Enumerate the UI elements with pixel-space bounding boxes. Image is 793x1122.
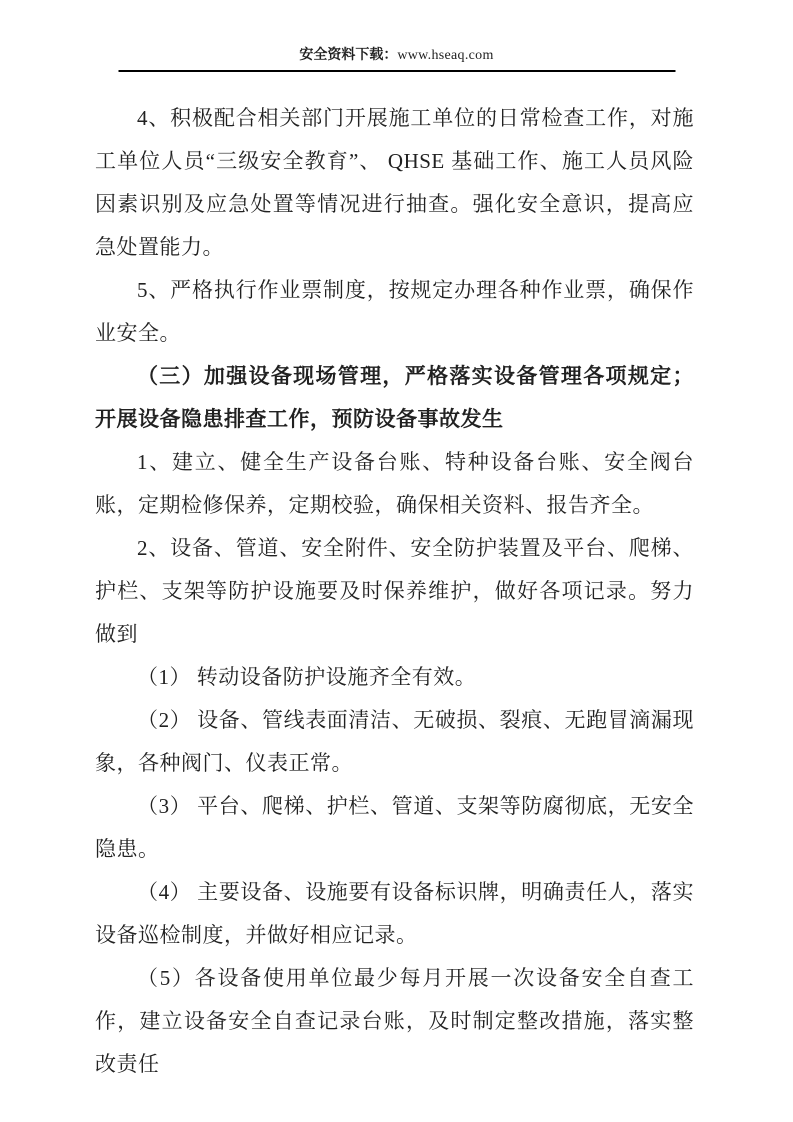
paragraph-sub-item-3: （3） 平台、爬梯、护栏、管道、支架等防腐彻底，无安全隐患。 xyxy=(95,785,694,871)
paragraph-sub-item-5: （5）各设备使用单位最少每月开展一次设备安全自查工作，建立设备安全自查记录台账，… xyxy=(95,957,694,1086)
paragraph-sub-item-1: （1） 转动设备防护设施齐全有效。 xyxy=(95,656,694,699)
paragraph-sub-item-2: （2） 设备、管线表面清洁、无破损、裂痕、无跑冒滴漏现象，各种阀门、仪表正常。 xyxy=(95,699,694,785)
paragraph-item-4: 4、积极配合相关部门开展施工单位的日常检查工作，对施工单位人员“三级安全教育”、… xyxy=(95,97,694,269)
paragraph-sub-item-4: （4） 主要设备、设施要有设备标识牌，明确责任人，落实设备巡检制度，并做好相应记… xyxy=(95,871,694,957)
document-page: 安全资料下载：www.hseaq.com 4、积极配合相关部门开展施工单位的日常… xyxy=(0,0,793,1122)
page-header: 安全资料下载：www.hseaq.com xyxy=(118,46,675,72)
paragraph-item-5: 5、严格执行作业票制度，按规定办理各种作业票，确保作业安全。 xyxy=(95,269,694,355)
paragraph-equip-item-2: 2、设备、管道、安全附件、安全防护装置及平台、爬梯、护栏、支架等防护设施要及时保… xyxy=(95,527,694,656)
document-body: 4、积极配合相关部门开展施工单位的日常检查工作，对施工单位人员“三级安全教育”、… xyxy=(95,97,694,1086)
header-site-label: 安全资料下载： xyxy=(299,48,397,63)
header-site-url: www.hseaq.com xyxy=(397,48,493,63)
paragraph-equip-item-1: 1、建立、健全生产设备台账、特种设备台账、安全阀台账，定期检修保养，定期校验，确… xyxy=(95,441,694,527)
section-heading: （三）加强设备现场管理，严格落实设备管理各项规定；开展设备隐患排查工作，预防设备… xyxy=(95,355,694,441)
